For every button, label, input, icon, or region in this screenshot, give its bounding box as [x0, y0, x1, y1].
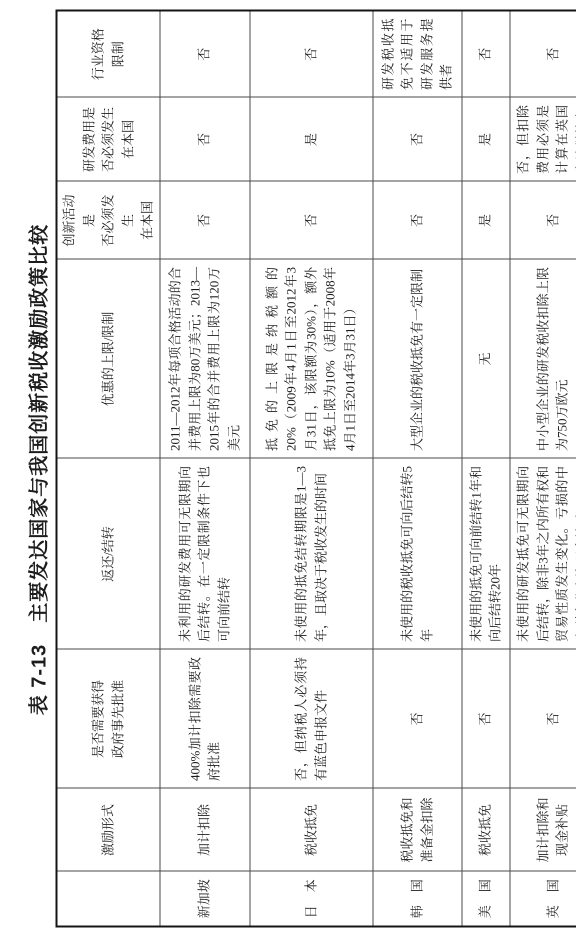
cell-expense: 否，但扣除费用必须是计算在英国应纳税款中 — [509, 97, 576, 181]
header-expense-domestic: 研发费用是 否必须发生 在本国 — [56, 97, 159, 181]
cell-expense: 是 — [249, 97, 372, 181]
cell-expense: 否 — [372, 97, 461, 181]
cell-carryover: 未使用的抵免可向前结转1年和向后结转20年 — [461, 458, 509, 649]
cell-expense: 否 — [159, 97, 249, 181]
cell-activity: 是 — [461, 181, 509, 259]
cell-limit: 抵免的上限是纳税额的20%（2009年4月1日至2012年3月31日，该限额为3… — [249, 259, 372, 458]
header-row: 激励形式 是否需要获得 政府事先批准 返还/结转 优惠的上限/限制 创新活动是 … — [56, 10, 159, 926]
header-country — [56, 871, 159, 926]
cell-activity: 否 — [509, 181, 576, 259]
cell-approval: 400%加计扣除需要政府批准 — [159, 649, 249, 788]
cell-approval: 否 — [509, 649, 576, 788]
cell-carryover: 未利用的研发费用可无限期向后结转。在一定限制条件下也可向前结转 — [159, 458, 249, 649]
cell-carryover: 未使用的抵免结转期限是1—3年，且取决于税收发生的时间 — [249, 458, 372, 649]
header-incentive-form: 激励形式 — [56, 788, 159, 871]
scanned-page: 表 7-13 主要发达国家与我国创新税收激励政策比较 激励形式 是否需要获得 政… — [0, 0, 576, 938]
cell-activity: 否 — [159, 181, 249, 259]
cell-limit: 大型企业的税收抵免有一定限制 — [372, 259, 461, 458]
cell-country: 新加坡 — [159, 871, 249, 926]
cell-country: 韩 国 — [372, 871, 461, 926]
header-refund-carryover: 返还/结转 — [56, 458, 159, 649]
cell-form: 加计扣除 — [159, 788, 249, 871]
row-uk: 英 国 加计扣除和 现金补贴 否 未使用的研发抵免可无限期向后结转，除非3年之内… — [509, 10, 576, 926]
cell-form: 税收抵免 — [461, 788, 509, 871]
table-title: 表 7-13 主要发达国家与我国创新税收激励政策比较 — [28, 11, 50, 927]
cell-expense: 是 — [461, 97, 509, 181]
cell-approval: 否，但纳税人必须持有蓝色申报文件 — [249, 649, 372, 788]
cell-form: 税收抵免 — [249, 788, 372, 871]
cell-industry: 否 — [249, 10, 372, 97]
row-korea: 韩 国 税收抵免和 准备金扣除 否 未使用的税收抵免可向后结转5年 大型企业的税… — [372, 10, 461, 926]
header-limit: 优惠的上限/限制 — [56, 259, 159, 458]
cell-country: 美 国 — [461, 871, 509, 926]
logical-table-layout: 表 7-13 主要发达国家与我国创新税收激励政策比较 激励形式 是否需要获得 政… — [28, 11, 557, 927]
header-activity-domestic: 创新活动是 否必须发生 在本国 — [56, 181, 159, 259]
row-usa: 美 国 税收抵免 否 未使用的抵免可向前结转1年和向后结转20年 无 是 是 否 — [461, 10, 509, 926]
tax-incentive-comparison-table: 激励形式 是否需要获得 政府事先批准 返还/结转 优惠的上限/限制 创新活动是 … — [55, 9, 576, 927]
cell-activity: 否 — [372, 181, 461, 259]
cell-form: 税收抵免和 准备金扣除 — [372, 788, 461, 871]
cell-carryover: 未使用的研发抵免可无限期向后结转，除非3年之内所有权和贸易性质发生变化。亏损的中… — [509, 458, 576, 649]
cell-country: 日 本 — [249, 871, 372, 926]
cell-industry: 否 — [159, 10, 249, 97]
cell-limit: 无 — [461, 259, 509, 458]
cell-approval: 否 — [461, 649, 509, 788]
cell-industry: 否 — [461, 10, 509, 97]
cell-carryover: 未使用的税收抵免可向后结转5年 — [372, 458, 461, 649]
cell-activity: 否 — [249, 181, 372, 259]
cell-industry: 研发税收抵免不适用于研发服务提供者 — [372, 10, 461, 97]
rotated-content-box: 表 7-13 主要发达国家与我国创新税收激励政策比较 激励形式 是否需要获得 政… — [28, 11, 557, 927]
cell-country: 英 国 — [509, 871, 576, 926]
header-industry-restriction: 行业资格 限制 — [56, 10, 159, 97]
cell-industry: 否 — [509, 10, 576, 97]
cell-form: 加计扣除和 现金补贴 — [509, 788, 576, 871]
cell-limit: 中小型企业的研发税收扣除上限为750万欧元 — [509, 259, 576, 458]
row-japan: 日 本 税收抵免 否，但纳税人必须持有蓝色申报文件 未使用的抵免结转期限是1—3… — [249, 10, 372, 926]
header-prior-approval: 是否需要获得 政府事先批准 — [56, 649, 159, 788]
row-singapore: 新加坡 加计扣除 400%加计扣除需要政府批准 未利用的研发费用可无限期向后结转… — [159, 10, 249, 926]
cell-approval: 否 — [372, 649, 461, 788]
cell-limit: 2011—2012年每项合格活动的合并费用上限为80万美元；2013—2015年… — [159, 259, 249, 458]
